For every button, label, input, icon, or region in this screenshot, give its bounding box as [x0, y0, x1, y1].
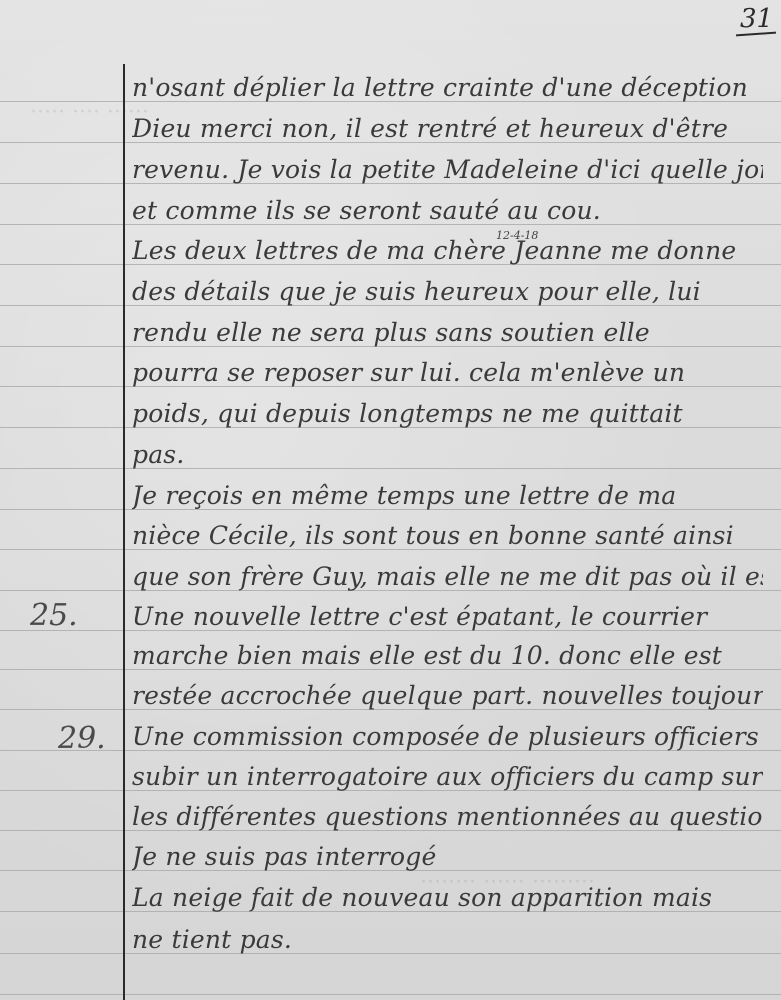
margin-date: 25. — [30, 598, 78, 633]
text-line: rendu elle ne sera plus sans soutien ell… — [132, 318, 763, 348]
text-line: pourra se reposer sur lui. cela m'enlève… — [132, 358, 763, 388]
text-line: Je ne suis pas interrogé — [132, 842, 763, 872]
notebook-page: ········· ······ ········ ······ ···· ··… — [0, 0, 781, 1000]
text-line: les différentes questions mentionnées au… — [132, 802, 763, 832]
text-line: restée accrochée quelque part. nouvelles… — [132, 681, 763, 711]
text-line: nièce Cécile, ils sont tous en bonne san… — [132, 521, 763, 551]
text-line: subir un interrogatoire aux officiers du… — [132, 762, 763, 792]
text-line: Une commission composée de plusieurs off… — [132, 722, 763, 752]
text-line: Les deux lettres de ma chère Jeanne me d… — [132, 236, 763, 266]
text-line: La neige fait de nouveau son apparition … — [132, 883, 763, 913]
margin-date: 29. — [58, 721, 106, 756]
text-line: Je reçois en même temps une lettre de ma — [132, 481, 763, 511]
text-line: des détails que je suis heureux pour ell… — [132, 277, 763, 307]
text-line: marche bien mais elle est du 10. donc el… — [132, 641, 763, 671]
text-line: poids, qui depuis longtemps ne me quitta… — [132, 399, 763, 429]
page-number: 31 — [740, 4, 773, 34]
text-line: Une nouvelle lettre c'est épatant, le co… — [132, 602, 763, 632]
text-line: et comme ils se seront sauté au cou. — [132, 196, 763, 226]
margin-line — [123, 64, 125, 1000]
text-line: Dieu merci non, il est rentré et heureux… — [132, 114, 763, 144]
text-line: pas. — [132, 440, 763, 470]
text-line: que son frère Guy, mais elle ne me dit p… — [132, 562, 763, 592]
text-line: revenu. Je vois la petite Madeleine d'ic… — [132, 155, 763, 185]
ruled-line — [0, 994, 781, 995]
text-line: ne tient pas. — [132, 925, 763, 955]
text-line: n'osant déplier la lettre crainte d'une … — [132, 73, 763, 103]
